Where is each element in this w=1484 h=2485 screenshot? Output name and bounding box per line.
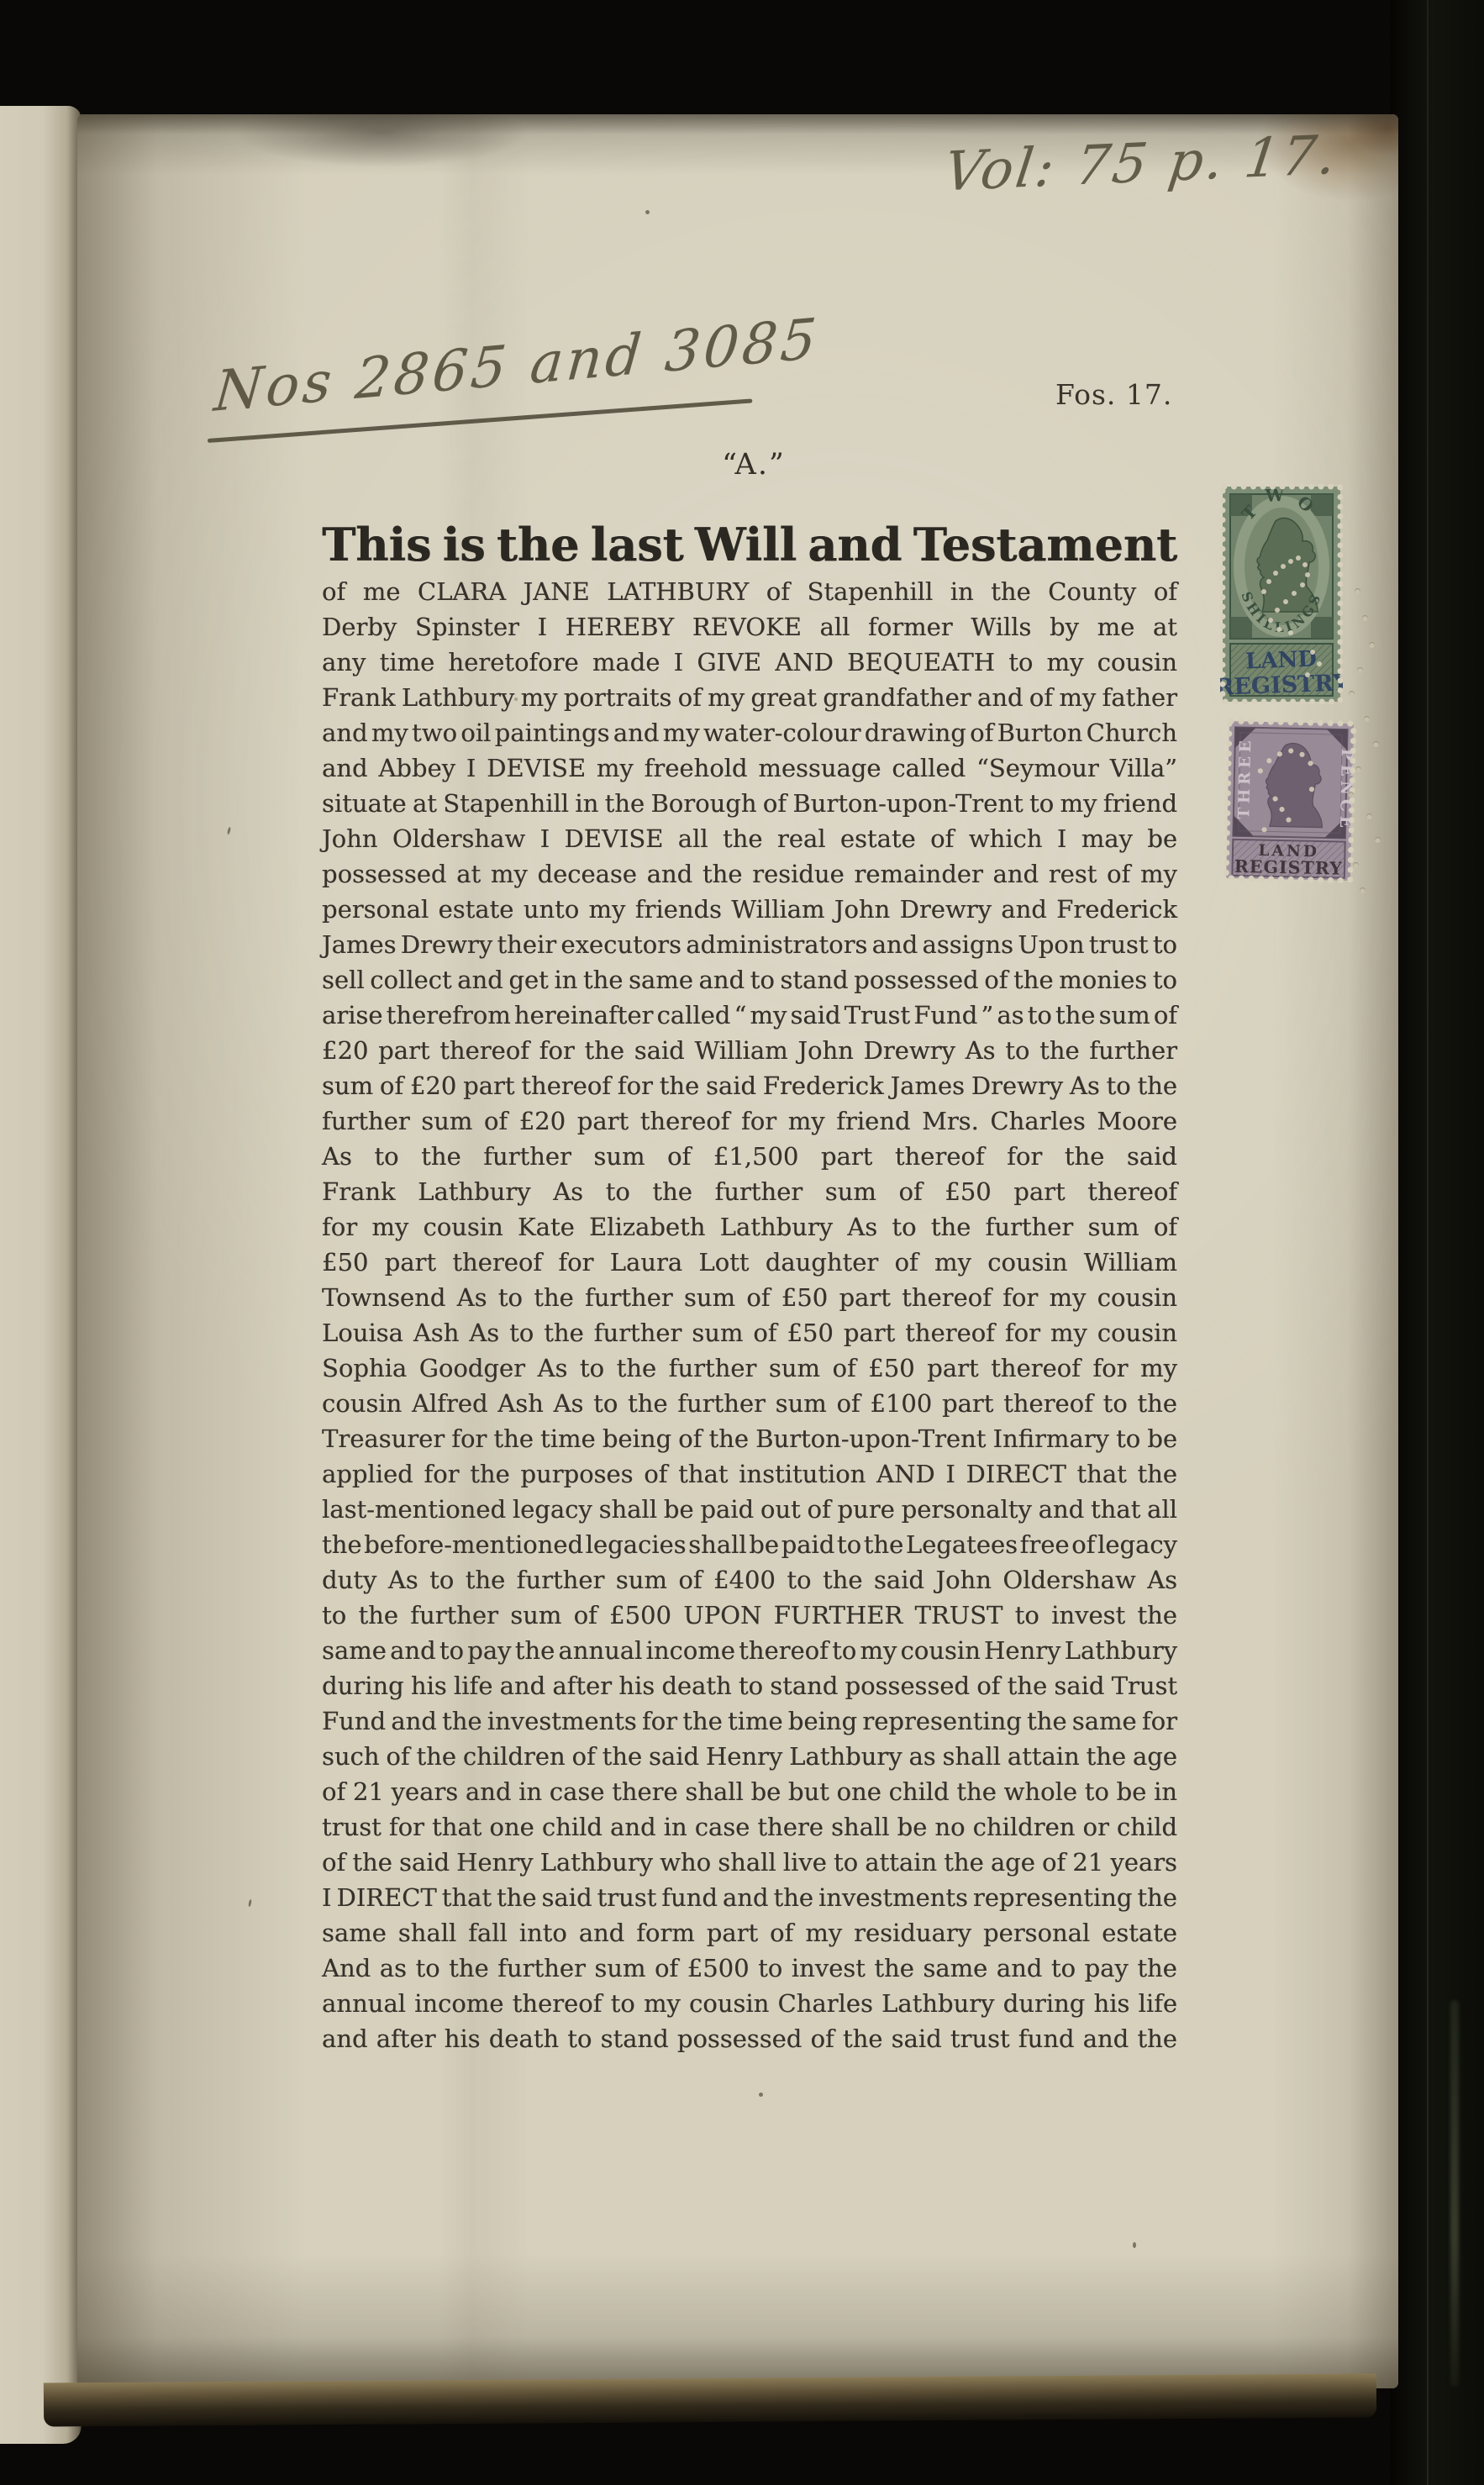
will-text-line: personalestateuntomyfriendsWilliamJohnDr… bbox=[322, 892, 1177, 927]
page-perfin-hole bbox=[1373, 741, 1379, 747]
will-text-line: £50partthereofforLauraLottdaughterofmyco… bbox=[322, 1245, 1177, 1280]
will-text-line: thebefore-mentionedlegaciesshallbepaidto… bbox=[322, 1527, 1177, 1562]
will-text-line: furthersumof£20partthereofformyfriendMrs… bbox=[322, 1103, 1177, 1139]
will-register-book-scan: Vol: 75 p. 17. Nos 2865 and 3085 Fos. 17… bbox=[0, 0, 1484, 2485]
page-perfin-hole bbox=[1369, 642, 1375, 648]
two-shilling-revenue-stamp: TWO SHILLINGS LAND REGISTRY bbox=[1220, 484, 1343, 704]
will-text-line: arisetherefromhereinaftercalled“mysaidTr… bbox=[322, 998, 1177, 1033]
will-text-line: SophiaGoodgerAstothefurthersumof£50partt… bbox=[322, 1350, 1177, 1386]
will-text-line: suchofthechildrenofthesaidHenryLathburya… bbox=[322, 1739, 1177, 1774]
page-perfin-hole bbox=[1364, 716, 1370, 722]
will-text-line: sumof£20partthereofforthesaidFrederickJa… bbox=[322, 1068, 1177, 1103]
will-text-line: Fundandtheinvestmentsforthetimebeingrepr… bbox=[322, 1703, 1177, 1739]
will-text-line: Andastothefurthersumof£500toinvestthesam… bbox=[322, 1951, 1177, 1986]
will-text-line: formycousinKateElizabethLathburyAstothef… bbox=[322, 1209, 1177, 1245]
will-text-line: of21yearsandincasethereshallbebutonechil… bbox=[322, 1774, 1177, 1809]
will-text-line: LouisaAshAstothefurthersumof£50partthere… bbox=[322, 1315, 1177, 1350]
will-text-line: FrankLathburymyportraitsofmygreatgrandfa… bbox=[322, 680, 1177, 715]
will-body-text: ofmeCLARAJANELATHBURYofStapenhillintheCo… bbox=[322, 574, 1177, 2056]
three-pence-stamp-graphic: THREE PENCE LAND REGISTRY bbox=[1224, 718, 1356, 883]
page-perfin-hole bbox=[1349, 691, 1355, 697]
will-text-line: Astothefurthersumof£1,500partthereoffort… bbox=[322, 1139, 1177, 1174]
will-text-line: andmytwooilpaintingsandmywater-colourdra… bbox=[322, 715, 1177, 750]
page-perfin-hole bbox=[1357, 667, 1363, 673]
will-text-line: DerbySpinsterIHEREBYREVOKEallformerWills… bbox=[322, 609, 1177, 645]
will-text-line: JamesDrewrytheirexecutorsadministratorsa… bbox=[322, 927, 1177, 962]
page-perfin-hole bbox=[1355, 588, 1360, 594]
will-text-line: IDIRECTthatthesaidtrustfundandtheinvestm… bbox=[322, 1880, 1177, 1915]
page-perfin-hole bbox=[1348, 792, 1354, 798]
page-speck bbox=[759, 2093, 763, 2097]
stamp-value-left: THREE bbox=[1235, 736, 1255, 819]
will-text-line: FrankLathburyAstothefurthersumof£50partt… bbox=[322, 1174, 1177, 1209]
will-text-line: situateatStapenhillintheBoroughofBurton-… bbox=[322, 786, 1177, 821]
book-cover-edge bbox=[1390, 0, 1484, 2485]
will-title: ThisisthelastWillandTestament bbox=[322, 518, 1177, 571]
will-text-line: TreasurerforthetimebeingoftheBurton-upon… bbox=[322, 1421, 1177, 1456]
two-shilling-stamp-graphic: TWO SHILLINGS LAND REGISTRY bbox=[1220, 484, 1343, 704]
will-text-line: dutyAstothefurthersumof£400tothesaidJohn… bbox=[322, 1562, 1177, 1598]
section-letter: “A.” bbox=[691, 448, 817, 482]
will-text-line: tothefurthersumof£500UPONFURTHERTRUSTtoi… bbox=[322, 1598, 1177, 1633]
will-text-line: sameandtopaytheannualincomethereoftomyco… bbox=[322, 1633, 1177, 1668]
will-text-line: JohnOldershawIDEVISEalltherealestateofwh… bbox=[322, 821, 1177, 856]
three-pence-revenue-stamp: THREE PENCE LAND REGISTRY bbox=[1224, 718, 1356, 883]
will-text-line: last-mentionedlegacyshallbepaidoutofpure… bbox=[322, 1492, 1177, 1527]
will-text-line: appliedforthepurposesofthatinstitutionAN… bbox=[322, 1456, 1177, 1492]
will-text-line: anytimeheretoforemadeIGIVEANDBEQUEATHtom… bbox=[322, 645, 1177, 680]
page-perfin-hole bbox=[1375, 837, 1381, 843]
will-text-line: trustforthatonechildandincasethereshallb… bbox=[322, 1809, 1177, 1845]
will-text-line: sameshallfallintoandformpartofmyresiduar… bbox=[322, 1915, 1177, 1951]
will-text-line: andafterhisdeathtostandpossessedofthesai… bbox=[322, 2021, 1177, 2056]
page-speck bbox=[1133, 2242, 1136, 2248]
page-speck bbox=[514, 698, 518, 701]
will-text-line: TownsendAstothefurthersumof£50partthereo… bbox=[322, 1280, 1177, 1315]
page-speck bbox=[645, 210, 650, 214]
will-text-line: ofmeCLARAJANELATHBURYofStapenhillintheCo… bbox=[322, 574, 1177, 609]
will-text-line: £20partthereofforthesaidWilliamJohnDrewr… bbox=[322, 1033, 1177, 1068]
will-text-line: cousinAlfredAshAstothefurthersumof£100pa… bbox=[322, 1386, 1177, 1421]
will-text-line: annualincomethereoftomycousinCharlesLath… bbox=[322, 1986, 1177, 2021]
page-stack-bottom-edge bbox=[44, 2373, 1376, 2426]
will-text-line: ofthesaidHenryLathburywhoshalllivetoatta… bbox=[322, 1845, 1177, 1880]
page-perfin-hole bbox=[1360, 887, 1366, 893]
will-text-line: sellcollectandgetinthesameandtostandposs… bbox=[322, 962, 1177, 998]
book-cover-wear-streak bbox=[1450, 2000, 1459, 2387]
land-registry-overprint-line1: LAND bbox=[1245, 647, 1318, 675]
page-perfin-hole bbox=[1362, 615, 1368, 621]
page-perfin-hole bbox=[1366, 813, 1372, 819]
page-perfin-hole bbox=[1353, 862, 1359, 868]
land-registry-overprint-line2: REGISTRY bbox=[1220, 670, 1343, 701]
page-perfin-hole bbox=[1355, 766, 1361, 772]
previous-page-edge bbox=[0, 106, 82, 2444]
land-registry-label-line2: REGISTRY bbox=[1234, 856, 1344, 879]
will-text-line: andAbbeyIDEVISEmyfreeholdmessuagecalled“… bbox=[322, 750, 1177, 786]
folio-number: Fos. 17. bbox=[1055, 378, 1172, 411]
book-cover-seam bbox=[1427, 0, 1429, 2485]
will-text-line: duringhislifeandafterhisdeathtostandposs… bbox=[322, 1668, 1177, 1703]
will-text-line: possessedatmydeceaseandtheresidueremaind… bbox=[322, 856, 1177, 892]
